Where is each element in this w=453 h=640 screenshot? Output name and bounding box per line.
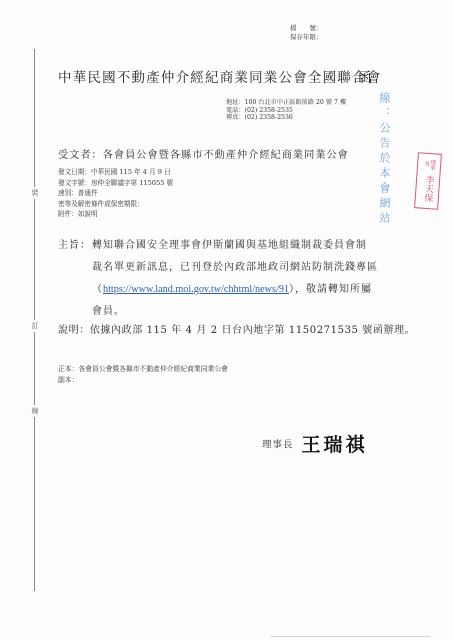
moi-news-link[interactable]: https://www.land.moi.gov.tw/chhtml/news/… — [103, 284, 289, 295]
contact-block: 地址：100 台北市中正區館前路 20 號 7 樓 電話：(02) 2358-2… — [226, 99, 346, 122]
explanation-label: 說明： — [58, 325, 90, 336]
binding-mark-ding: 訂 — [29, 320, 41, 332]
fax: 傳真：(02) 2358-2536 — [226, 114, 346, 122]
document-meta: 發文日期：中華民國 115 年 4 月 9 日 發文字號：房仲全聯議字第 115… — [58, 167, 173, 220]
subject-line-4: 會員。 — [92, 301, 125, 323]
meta-document-number: 發文字號：房仲全聯議字第 115055 號 — [58, 178, 173, 189]
copies: 正本：各會員公會暨各縣市不動產仲介經紀商業同業公會 副本： — [58, 364, 228, 385]
binding-mark-xian: 線 — [29, 405, 41, 417]
archive-info: 檔 號： 保存年限： — [290, 24, 323, 42]
primary-copy: 正本：各會員公會暨各縣市不動產仲介經紀商業同業公會 — [58, 364, 228, 375]
meta-urgency: 速別：普通件 — [58, 188, 173, 199]
chairman-seal-stamp: 理事長 李天保 — [414, 152, 442, 210]
meta-classification: 密等及解密條件或保密期限： — [58, 199, 173, 210]
scan-edge — [270, 636, 430, 637]
recipient: 受文者：各會員公會暨各縣市不動產仲介經紀商業同業公會 — [58, 146, 349, 161]
meta-issue-date: 發文日期：中華民國 115 年 4 月 9 日 — [58, 167, 173, 178]
phone: 電話：(02) 2358-2535 — [226, 107, 346, 115]
seal-role: 理事長 — [423, 156, 436, 173]
organization-title: 中華民國不動產仲介經紀商業同業公會全國聯合會 — [58, 66, 381, 86]
retention-period-label: 保存年限： — [290, 33, 323, 42]
document-type: 函 — [358, 66, 372, 86]
explanation: 說明：依據內政部 115 年 4 月 2 日台內地字第 1150271535 號… — [58, 321, 415, 336]
binding-mark-zhuang: 裝 — [29, 187, 41, 199]
recipient-value: 各會員公會暨各縣市不動產仲介經紀商業同業公會 — [103, 150, 349, 161]
signature: 理事長王瑞祺 — [262, 430, 368, 457]
address: 地址：100 台北市中正區館前路 20 號 7 樓 — [226, 99, 346, 107]
explanation-text: 依據內政部 115 年 4 月 2 日台內地字第 1150271535 號函辦理… — [90, 325, 415, 336]
secondary-copy: 副本： — [58, 375, 228, 386]
recipient-label: 受文者： — [58, 150, 103, 161]
meta-attachment: 附件：如說明 — [58, 209, 173, 220]
website-posted-stamp: 線：公告於本會網站 — [380, 92, 394, 227]
signer-name: 王瑞祺 — [302, 434, 368, 456]
subject-label: 主旨： — [58, 235, 91, 257]
file-number-label: 檔 號： — [290, 24, 323, 33]
subject-line-1: 轉知聯合國安全理事會伊斯蘭國與基地組織制裁委員會制 — [92, 235, 367, 257]
subject-line-3: （https://www.land.moi.gov.tw/chhtml/news… — [92, 279, 372, 301]
signer-role: 理事長 — [262, 440, 294, 451]
seal-name: 李天保 — [421, 172, 434, 206]
subject-line-2: 裁名單更新訊息，已刊登於內政部地政司網站防制洗錢專區 — [92, 257, 378, 279]
